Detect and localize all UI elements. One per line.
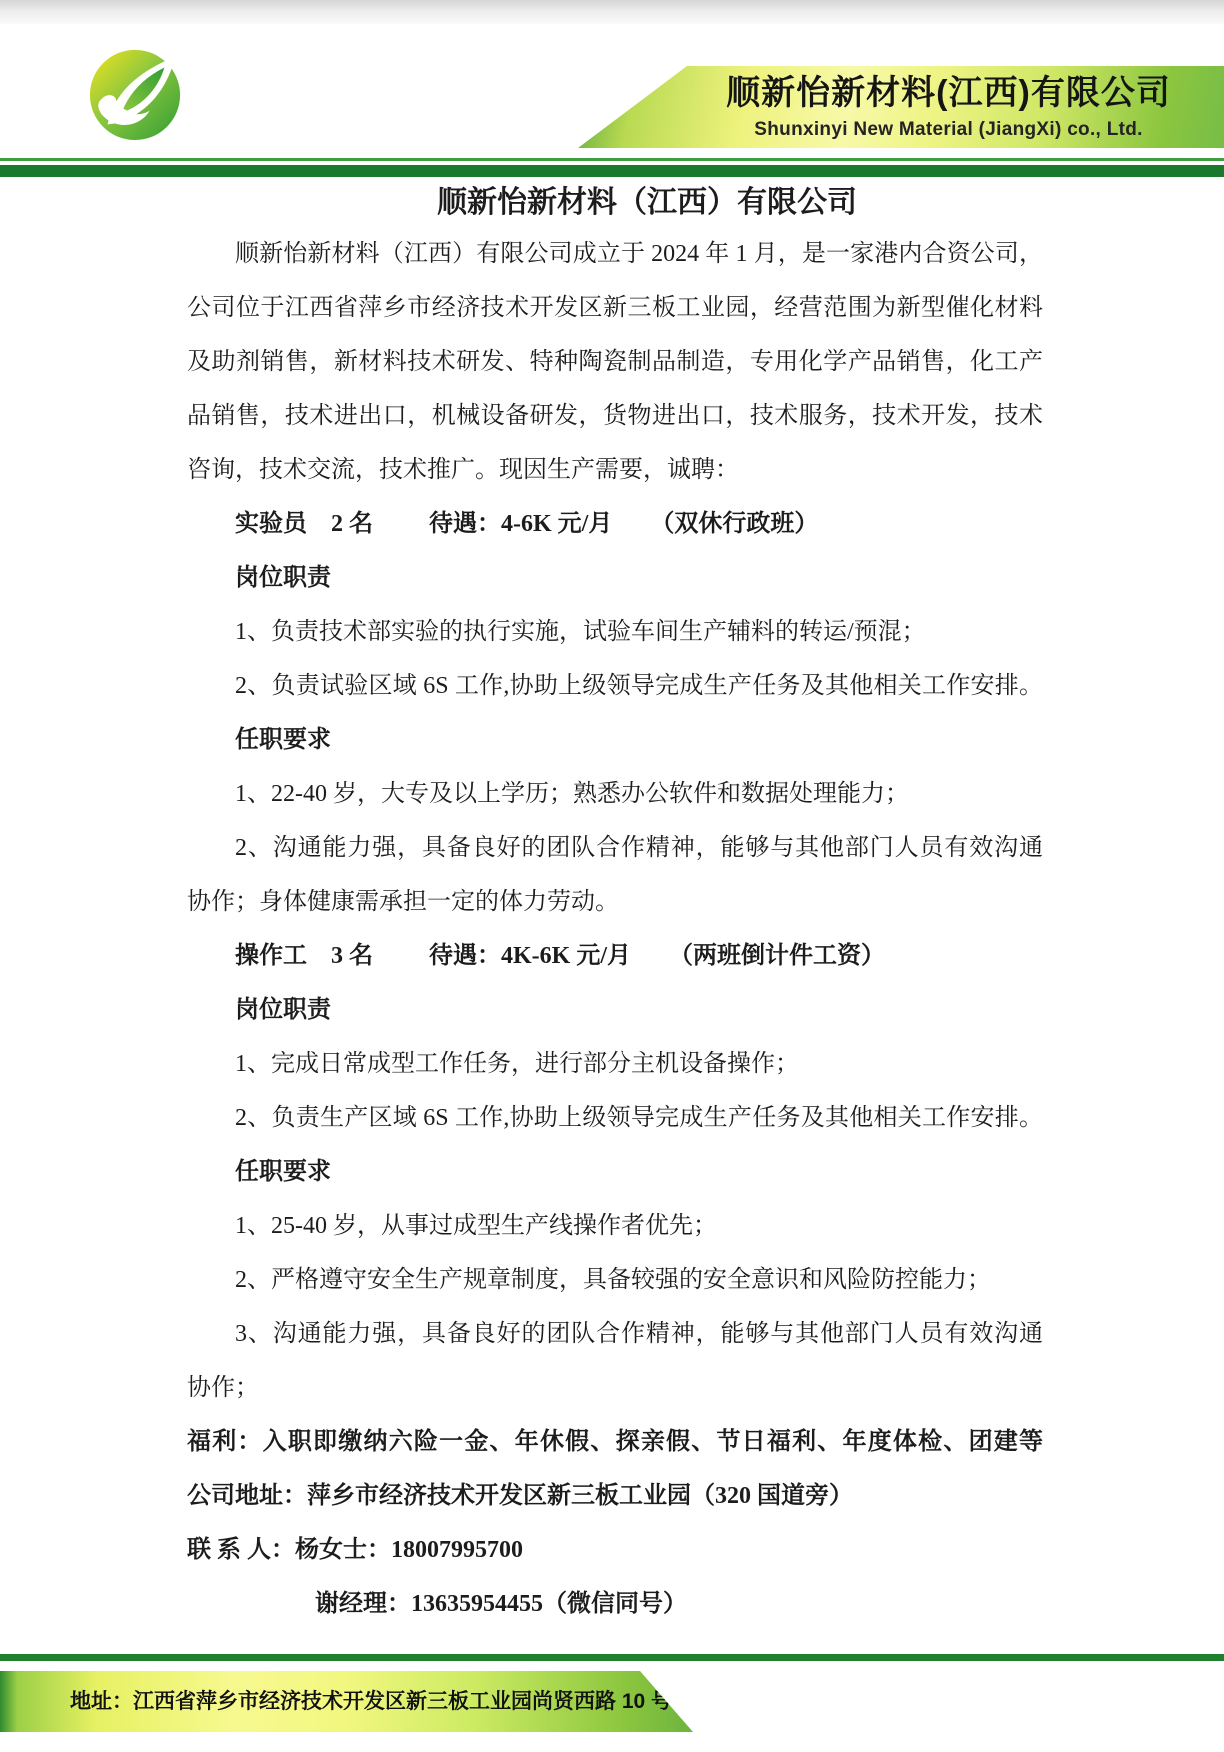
intro-line: 及助剂销售，新材料技术研发、特种陶瓷制品制造，专用化学产品销售，化工产 (187, 335, 1043, 389)
intro-line: 咨询，技术交流，技术推广。现因生产需要，诚聘： (187, 443, 1043, 497)
requirements-heading: 任职要求 (187, 713, 1043, 767)
intro-line: 品销售，技术进出口，机械设备研发，货物进出口，技术服务，技术开发，技术 (187, 389, 1043, 443)
company-name-en: Shunxinyi New Material (JiangXi) co., Lt… (754, 119, 1142, 141)
requirement-item-continuation: 协作；身体健康需承担一定的体力劳动。 (187, 875, 1043, 929)
job-title-line: 实验员 2 名待遇：4-6K 元/月（双休行政班） (187, 497, 1043, 551)
company-name-zh: 顺新怡新材料(江西)有限公司 (726, 74, 1171, 112)
footer-banner: 地址：江西省萍乡市经济技术开发区新三板工业园尚贤西路 10 号 (0, 1671, 693, 1732)
company-address-line: 公司地址：萍乡市经济技术开发区新三板工业园（320 国道旁） (187, 1469, 1043, 1523)
benefits-line: 福利：入职即缴纳六险一金、年休假、探亲假、节日福利、年度体检、团建等 (187, 1415, 1043, 1469)
page-top-shadow (0, 0, 1224, 24)
leaf-logo-icon (86, 44, 184, 142)
job-flyer-page: 顺新怡新材料(江西)有限公司 Shunxinyi New Material (J… (0, 0, 1224, 1752)
contact-line-2: 谢经理：13635954455（微信同号） (187, 1577, 1043, 1631)
duty-item: 1、负责技术部实验的执行实施，试验车间生产辅料的转运/预混； (187, 605, 1043, 659)
requirements-heading: 任职要求 (187, 1145, 1043, 1199)
job-title-line: 操作工 3 名待遇：4K-6K 元/月（两班倒计件工资） (187, 929, 1043, 983)
position-name: 实验员 2 名 (235, 511, 373, 537)
requirement-item: 2、严格遵守安全生产规章制度，具备较强的安全意识和风险防控能力； (187, 1253, 1043, 1307)
header-separator-thick (0, 165, 1224, 177)
position-salary: 待遇：4K-6K 元/月 (429, 943, 631, 969)
document-body: 顺新怡新材料（江西）有限公司 顺新怡新材料（江西）有限公司成立于 2024 年 … (187, 183, 1043, 1631)
position-name: 操作工 3 名 (235, 943, 373, 969)
position-schedule: （两班倒计件工资） (669, 943, 885, 969)
footer-address: 地址：江西省萍乡市经济技术开发区新三板工业园尚贤西路 10 号 (0, 1671, 693, 1732)
footer-separator (0, 1654, 1224, 1661)
duty-item: 1、完成日常成型工作任务，进行部分主机设备操作； (187, 1037, 1043, 1091)
requirement-item: 3、沟通能力强，具备良好的团队合作精神，能够与其他部门人员有效沟通 (187, 1307, 1043, 1361)
requirement-item: 1、25-40 岁，从事过成型生产线操作者优先； (187, 1199, 1043, 1253)
duty-item: 2、负责试验区域 6S 工作,协助上级领导完成生产任务及其他相关工作安排。 (187, 659, 1043, 713)
requirement-item-continuation: 协作； (187, 1361, 1043, 1415)
header-separator-thin (0, 158, 1224, 161)
header-banner: 顺新怡新材料(江西)有限公司 Shunxinyi New Material (J… (578, 66, 1224, 148)
requirement-item: 2、沟通能力强，具备良好的团队合作精神，能够与其他部门人员有效沟通 (187, 821, 1043, 875)
position-salary: 待遇：4-6K 元/月 (429, 511, 612, 537)
duties-heading: 岗位职责 (187, 551, 1043, 605)
contact-line-1: 联 系 人：杨女士：18007995700 (187, 1523, 1043, 1577)
requirement-item: 1、22-40 岁，大专及以上学历；熟悉办公软件和数据处理能力； (187, 767, 1043, 821)
intro-line: 公司位于江西省萍乡市经济技术开发区新三板工业园，经营范围为新型催化材料 (187, 281, 1043, 335)
document-title: 顺新怡新材料（江西）有限公司 (219, 183, 1075, 223)
duties-heading: 岗位职责 (187, 983, 1043, 1037)
duty-item: 2、负责生产区域 6S 工作,协助上级领导完成生产任务及其他相关工作安排。 (187, 1091, 1043, 1145)
position-schedule: （双休行政班） (650, 511, 818, 537)
intro-line: 顺新怡新材料（江西）有限公司成立于 2024 年 1 月，是一家港内合资公司， (187, 227, 1043, 281)
